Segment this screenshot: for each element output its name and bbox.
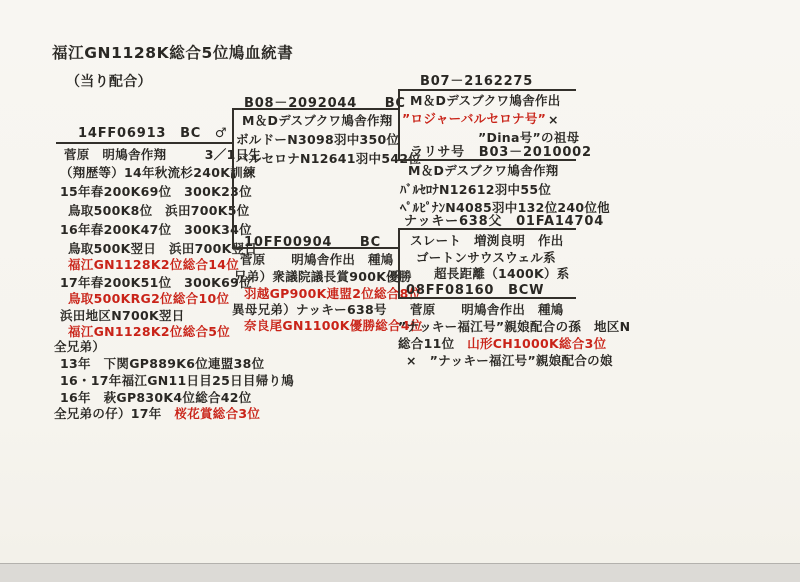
subject-row: 15年春200K69位 300K23位 [60,184,252,199]
dam-row: 菅原 明鳩舎作出 種鳩 [240,252,394,267]
dam-sire-row: ゴートンサウスウェル系 [416,250,556,265]
subject-row-result: 鳥取500KRG2位総合10位 [68,291,229,306]
subject-row: 16・17年福江GN11日目25日目帰り鳩 [60,373,294,388]
sire-grandparents-bracket-line [398,89,400,161]
subject-row-highlight: 桜花賞総合3位 [174,406,260,421]
dam-dam-row: × ”ナッキー福江号”親娘配合の娘 [406,353,613,368]
dam-sire-ring-id: ナッキー638父 01FA14704 [404,214,604,229]
sire-sire-note: ”Dina号”の祖母 [478,130,579,145]
subject-row: 浜田地区N700K翌日 [60,308,185,323]
sire-sire-underline [398,89,576,91]
subject-row: （翔歴等）14年秋流杉240K訓練 [60,165,256,180]
dam-dam-underline [398,297,576,299]
subject-row-pre: 全兄弟の仔）17年 [54,406,174,421]
dam-sire-row: スレート 増渕良明 作出 [410,233,564,248]
sire-dam-row: ﾍﾟﾙﾋﾟﾅﾝN4085羽中132位240位他 [400,200,610,215]
subject-row: 全兄弟） [54,339,105,354]
subject-row-result: 福江GN1128K2位総合14位 [68,257,239,272]
subject-underline-connector [56,142,234,144]
dam-sire-underline [398,228,576,230]
page-subtitle: （当り配合） [66,75,152,90]
dam-row: 異母兄弟）ナッキー638号 [232,302,387,317]
sire-underline-connector [232,108,400,110]
sire-dam-ring-id: ラリサ号 B03－2010002 [410,145,592,160]
sire-dam-underline [398,159,576,161]
sire-row: ボルドーN3098羽中350位 [236,132,399,147]
page-title: 福江GN1128K総合5位鳩血統書 [52,46,293,61]
dam-dam-ring-id: 08FF08160 BCW [406,283,544,298]
subject-row: 13年 下関GP889K6位連盟38位 [60,356,264,371]
dam-underline-connector [232,247,400,249]
subject-row-mixed: 全兄弟の仔）17年 桜花賞総合3位 [54,406,260,421]
sire-row: M＆Dデスブクワ鳩舎作翔 [242,113,393,128]
dam-row-result: 奈良尾GN1100K優勝総合4位 [244,318,423,333]
parents-bracket-line [232,108,234,249]
sire-dam-row: ﾊﾞﾙｾﾛﾅN12612羽中55位 [400,182,551,197]
sire-dam-row: M＆Dデスブクワ鳩舎作翔 [408,163,559,178]
sire-sire-breeder: M＆Dデスブクワ鳩舎作出 [410,93,561,108]
sire-sire-name: ”ロジャーバルセロナ号” [402,111,546,126]
dam-sire-row: 超長距離（1400K）系 [434,266,570,281]
dam-dam-row: ”ナッキー福江号”親娘配合の孫 地区N [398,319,630,334]
subject-row-result: 福江GN1128K2位総合5位 [68,324,230,339]
subject-row: 鳥取500K8位 浜田700K5位 [68,203,250,218]
subject-row: 16年 萩GP830K4位総合42位 [60,390,252,405]
dam-dam-row-pre: 総合11位 [398,336,467,351]
dam-dam-row-highlight: 山形CH1000K総合3位 [467,336,606,351]
subject-ring-id: 14FF06913 BC ♂ [78,126,227,141]
pedigree-sheet: 福江GN1128K総合5位鳩血統書 （当り配合） 14FF06913 BC ♂ … [0,0,800,582]
subject-row: 17年春200K51位 300K69位 [60,275,252,290]
dam-dam-row: 菅原 明鳩舎作出 種鳩 [410,302,564,317]
subject-row: 16年春200K47位 300K34位 [60,222,252,237]
sire-sire-ring-id: B07－2162275 [420,74,533,89]
cross-mark: × [548,112,559,127]
subject-row: 鳥取500K翌日 浜田700K翌日 [68,241,257,256]
dam-grandparents-bracket-line [398,228,400,299]
sire-row: バルセロナN12641羽中542位 [236,151,421,166]
dam-row: 兄弟）衆議院議長賞900K優勝 [234,269,412,284]
dam-dam-row-mixed: 総合11位 山形CH1000K総合3位 [398,336,606,351]
dam-row-result: 羽越GP900K連盟2位総合8位 [244,286,421,301]
scan-edge-strip [0,563,800,582]
